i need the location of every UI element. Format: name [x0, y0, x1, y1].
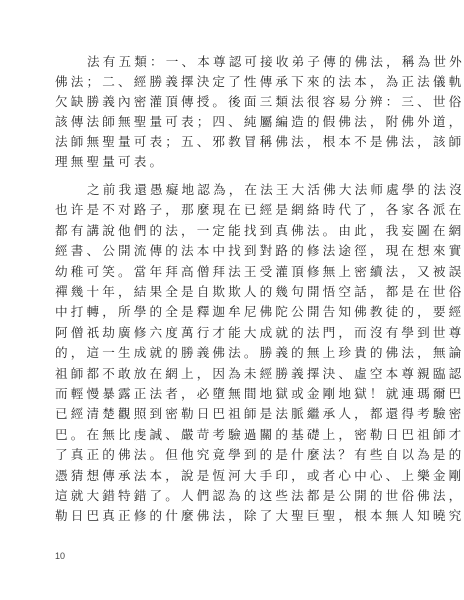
text-line: 也许是不对路子，那麼現在已經是網絡時代了，各家各派在網上: [55, 200, 415, 220]
text-line: 憑猜想傳承法本，說是恆河大手印，或者心中心、上樂金剛等，: [55, 466, 415, 486]
text-line: 佛法；二、經勝義擇決定了性傳承下來的法本，為正法儀軌，但: [55, 72, 415, 92]
text-line: 都有講說他們的法，一定能找到真佛法。由此，我妄圖在網路、: [55, 221, 415, 241]
page-number: 10: [55, 551, 65, 561]
text-line: 欠缺勝義內密灌頂傳授。後面三類法很容易分辨：三、世俗佛法，: [55, 92, 415, 112]
text-line: 阿僧祇劫廣修六度萬行才能大成就的法門，而沒有學到世尊特傳: [55, 323, 415, 343]
text-line: 之前我還愚癡地認為，在法王大活佛大法师處學的法沒有用，: [87, 180, 447, 200]
text-line: 該傳法師無聖量可表；四、純屬編造的假佛法，附佛外道，該傳: [55, 112, 415, 132]
text-line: 理無聖量可表。: [55, 152, 415, 172]
text-line: 法有五類：一、本尊認可接收弟子傳的佛法，稱為世外佛土: [87, 52, 447, 72]
text-line: 幼稚可笑。當年拜高僧拜法王受灌頂修無上密續法，又被誤導參: [55, 262, 415, 282]
text-line: 已經清楚觀照到密勒日巴祖師是法脈繼承人，都還得考驗密勒日: [55, 404, 415, 424]
text-line: 這就大錯特錯了。人們認為的这些法都是公開的世俗佛法，而密: [55, 486, 415, 506]
text-line: 巴。在無比虔誠、嚴苛考驗過關的基礎上，密勒日巴祖師才學到: [55, 425, 415, 445]
text-line: 中打轉，所學的全是釋迦牟尼佛陀公開告知佛教徒的，要經三大: [55, 302, 415, 322]
text-line: 法師無聖量可表；五、邪教冒稱佛法，根本不是佛法，該師無正: [55, 132, 415, 152]
text-line: 禪幾十年，結果全是自欺欺人的幾句開悟空話，都是在世俗法門: [55, 282, 415, 302]
text-line: 的，這一生成就的勝義佛法。勝義的無上珍貴的佛法，無論何等: [55, 343, 415, 363]
text-line: 經書、公開流傳的法本中找到對路的修法途徑，現在想來實在是: [55, 241, 415, 261]
document-page: 法有五類：一、本尊認可接收弟子傳的佛法，稱為世外佛土 佛法；二、經勝義擇決定了性…: [0, 0, 464, 600]
text-line: 了真正的佛法。但他究竟學到的是什麼法？有些自以為是的人，: [55, 445, 415, 465]
text-line: 勒日巴真正修的什麼佛法，除了大聖巨聖，根本無人知曉究裡，: [55, 506, 415, 526]
text-line: 而輕慢暴露正法者，必墮無間地獄或金剛地獄！就連瑪爾巴大師，: [55, 384, 415, 404]
text-line: 祖師都不敢放在網上，因為未經勝義擇決、虛空本尊親臨認可，: [55, 364, 415, 384]
